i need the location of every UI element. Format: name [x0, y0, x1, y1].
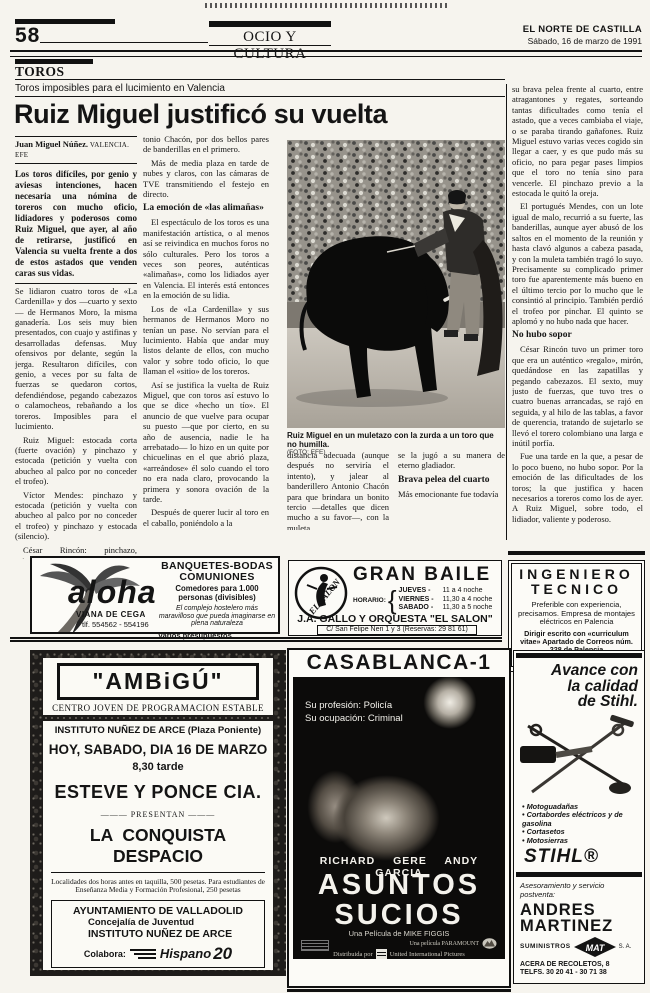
body-paragraph: Más de media plaza en tarde de nubes y c…: [143, 158, 269, 200]
movie-title: ASUNTOS: [293, 869, 505, 902]
article-column-1: Juan Miguel Núñez. VALENCIA. EFE Los tor…: [15, 134, 137, 559]
org-line: INSTITUTO NUÑEZ DE ARCE: [54, 928, 262, 940]
schedule-row: SABADO -11,30 a 5 noche: [399, 604, 493, 611]
body-paragraph: Se lidiaron cuatro toros de «La Cardenil…: [15, 286, 137, 432]
salon-address: C/ San Felipe Neri 1 y 3 (Reservas: 29 8…: [317, 625, 477, 635]
ambigu-tickets: Localidades dos horas antes en taquilla,…: [43, 878, 273, 895]
brace-glyph: {: [388, 587, 397, 613]
sa-label: S. A.: [619, 944, 632, 950]
ambigu-time: 8,30 tarde: [43, 761, 273, 773]
rule: [15, 79, 505, 80]
bullfight-photo: [287, 140, 505, 428]
movie-title: SUCIOS: [293, 899, 505, 932]
list-item: Motosierras: [522, 837, 640, 846]
org-line: Concejalía de Juventud: [54, 917, 262, 928]
body-paragraph: Ruiz Miguel: estocada corta (fuerte ovac…: [15, 435, 137, 487]
ingeniero-title: INGENIERO: [517, 567, 636, 582]
ad-line: Comedores para 1.000 personas (divisible…: [158, 585, 276, 602]
body-paragraph: su brava pelea frente al cuarto, entre a…: [512, 84, 643, 198]
stihl-slogan: Avance con la calidad de Stihl.: [514, 660, 644, 710]
rule: [15, 283, 137, 284]
ad-ambigu: "AMBiGÚ" CENTRO JOVEN DE PROGRAMACION ES…: [30, 650, 286, 976]
hispano-bars-icon: [130, 947, 156, 961]
body-paragraph: tonio Chacón, por dos bellos pares de ba…: [143, 134, 269, 155]
hispano-logo: Hispano: [160, 946, 211, 961]
section-bar: [209, 21, 331, 27]
body-paragraph: Fue una tarde en la que, a pesar de lo p…: [512, 451, 643, 524]
rule: [287, 989, 511, 992]
ambigu-title: "AMBiGÚ": [57, 663, 259, 700]
garden-tools-icon: [514, 710, 638, 798]
schedule-label: HORARIO:: [353, 597, 386, 604]
paramount-logo: [482, 938, 497, 949]
body-paragraph: Los de «La Cardenilla» y sus hermanos de…: [143, 304, 269, 377]
ambigu-organizers: AYUNTAMIENTO DE VALLADOLID Concejalía de…: [51, 900, 265, 968]
body-paragraph: distancia adecuada (aunque después no se…: [287, 450, 389, 530]
article-headline: Ruiz Miguel justificó su vuelta: [14, 99, 387, 130]
stihl-product-list: Motoguadañas Cortabordes eléctricos y de…: [514, 803, 644, 846]
dealer-address: ACERA DE RECOLETOS, 8 TELFS. 30 20 41 - …: [514, 957, 644, 978]
paramount-credit: Una película PARAMOUNT: [410, 938, 497, 949]
photo-caption: Ruiz Miguel en un muletazo con la zurda …: [287, 431, 505, 449]
suministros-row: SUMINISTROS MAT S. A.: [514, 935, 644, 957]
rule: [508, 551, 645, 555]
ad-aloha: aloha VIANA DE CEGA tlf. 554562 - 554196…: [30, 556, 280, 634]
lead-paragraph: Los toros difíciles, por genio y aviesas…: [15, 169, 137, 279]
schedule-row: JUEVES -11 a 4 noche: [399, 587, 483, 594]
ad-el-salon: EL SALON GRAN BAILE HORARIO: { JUEVES -1…: [288, 560, 502, 636]
page-number: 58: [15, 24, 40, 48]
article-column-2: tonio Chacón, por dos bellos pares de ba…: [143, 134, 269, 559]
body-paragraph: El espectáculo de los toros es una manif…: [143, 217, 269, 300]
body-paragraph: Así se justifica la vuelta de Ruiz Migue…: [143, 380, 269, 505]
ad-stihl: Avance con la calidad de Stihl. Motoguad…: [513, 650, 645, 984]
rule: [10, 50, 642, 52]
stihl-service-note: Asesoramiento y servicio postventa:: [514, 879, 644, 899]
article-kicker: Toros imposibles para el lucimiento en V…: [15, 83, 225, 94]
salon-schedule: HORARIO: { JUEVES -11 a 4 noche VIERNES …: [353, 587, 492, 613]
masthead: EL NORTE DE CASTILLA Sábado, 16 de marzo…: [523, 24, 642, 46]
body-paragraph: Víctor Mendes: pinchazo y estocada (peti…: [15, 490, 137, 542]
byline: Juan Miguel Núñez. VALENCIA. EFE: [15, 139, 137, 161]
list-item: Cortabordes eléctricos y de gasolina: [522, 811, 640, 828]
body-paragraph: se la jugó a su manera de eterno gladiad…: [398, 450, 505, 471]
ad-casablanca: CASABLANCA-1 Su profesión: Policía Su oc…: [287, 648, 511, 988]
dealer-name: ANDRES MARTINEZ: [514, 900, 644, 935]
rule: [15, 163, 137, 164]
section-title: OCIO Y CULTURA: [209, 29, 331, 63]
body-paragraph: Después de querer lucir al toro en el ca…: [143, 507, 269, 528]
black-bar: [516, 653, 642, 658]
rule: [15, 136, 137, 137]
woodcut-strip: [43, 715, 273, 721]
newspaper-page: 58 OCIO Y CULTURA EL NORTE DE CASTILLA S…: [0, 0, 650, 993]
rule: [209, 45, 331, 46]
aloha-logo-text: aloha: [68, 574, 157, 611]
movie-director: Una Película de MIKE FIGGIS: [293, 929, 505, 938]
aloha-location: VIANA DE CEGA: [76, 610, 146, 619]
stihl-logo: STIHL®: [514, 845, 644, 870]
body-paragraph: César Rincón tuvo un primer toro que era…: [512, 344, 643, 448]
svg-text:MAT: MAT: [585, 943, 605, 953]
movie-poster: Su profesión: Policía Su ocupación: Crim…: [293, 677, 505, 959]
subhead-alimanas: La emoción de «las alimañas»: [143, 203, 269, 214]
ingeniero-title: TECNICO: [517, 582, 636, 597]
salon-band-line: J.A. GALLO Y ORQUESTA "EL SALON": [289, 613, 501, 625]
hispano-20: 20: [213, 944, 232, 964]
collab-label: Colabora:: [84, 949, 126, 959]
uip-logo: [376, 949, 387, 959]
suministros-label: SUMINISTROS: [520, 943, 571, 950]
body-paragraph: El portugués Mendes, con un lote igual d…: [512, 201, 643, 326]
aloha-phone: tlf. 554562 - 554196: [82, 620, 149, 629]
subhead-brava: Brava pelea del cuarto: [398, 475, 505, 486]
rule: [10, 56, 642, 57]
rule: [51, 872, 265, 873]
print-registration-marks: [205, 3, 450, 8]
column-rule: [506, 84, 507, 540]
article-column-5: su brava pelea frente al cuarto, entre a…: [512, 84, 643, 528]
ad-line: El complejo hostelero más maravilloso qu…: [158, 605, 276, 628]
cinema-name: CASABLANCA-1: [289, 650, 509, 677]
black-bar: [516, 872, 642, 877]
issue-date: Sábado, 16 de marzo de 1991: [523, 36, 642, 46]
ambigu-show-title: LA CONQUISTA DESPACIO: [43, 825, 273, 867]
aloha-text-block: BANQUETES-BODAS COMUNIONES Comedores par…: [158, 561, 276, 640]
subhead-sopor: No hubo sopor: [512, 330, 643, 341]
section-separator-rule: [10, 637, 502, 642]
body-paragraph: Más emocionante fue todavía: [398, 489, 505, 499]
paper-name: EL NORTE DE CASTILLA: [523, 24, 642, 35]
salon-title: GRAN BAILE: [353, 564, 491, 586]
section-label: TOROS: [15, 64, 65, 80]
poster-taglines: Su profesión: Policía Su ocupación: Crim…: [305, 699, 403, 725]
article-column-3: distancia adecuada (aunque después no se…: [287, 450, 389, 530]
ingeniero-body: Preferible con experiencia, precisamos. …: [517, 601, 636, 627]
distributor-line: Distribuida por United International Pic…: [293, 949, 505, 959]
ambigu-presents: PRESENTAN: [43, 810, 273, 819]
rule: [40, 42, 208, 43]
byline-author: Juan Miguel Núñez.: [15, 139, 88, 149]
rule: [15, 96, 505, 97]
org-line: AYUNTAMIENTO DE VALLADOLID: [54, 905, 262, 917]
ambigu-subtitle: CENTRO JOVEN DE PROGRAMACION ESTABLE: [43, 703, 273, 713]
ambigu-company: ESTEVE Y PONCE CIA.: [43, 782, 273, 803]
schedule-row: VIERNES -11,30 a 4 noche: [399, 596, 493, 603]
ambigu-date: HOY, SABADO, DIA 16 DE MARZO: [43, 742, 273, 757]
mat-logo: MAT: [574, 937, 616, 957]
ad-line: COMUNIONES: [158, 572, 276, 583]
ambigu-venue: INSTITUTO NUÑEZ DE ARCE (Plaza Poniente): [43, 725, 273, 736]
article-column-4: se la jugó a su manera de eterno gladiad…: [398, 450, 505, 530]
